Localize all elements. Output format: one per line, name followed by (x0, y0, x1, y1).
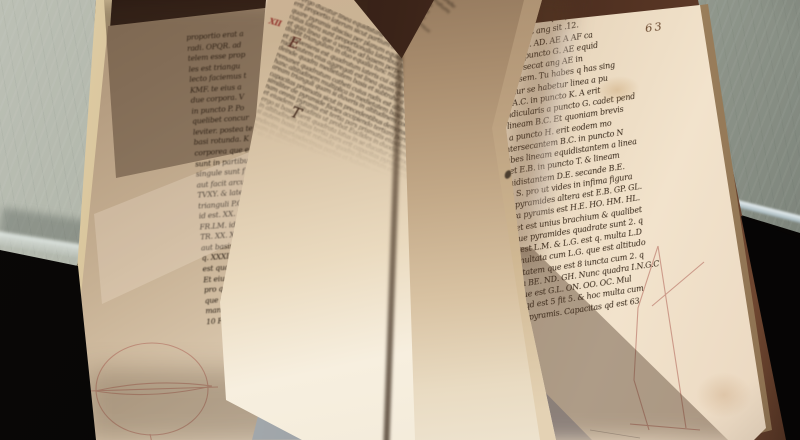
manuscript-photo-scene: proportio erat aradi. OPQR. adtelem esse… (0, 0, 800, 440)
chapter-numeral-rubric: XII (268, 16, 282, 29)
